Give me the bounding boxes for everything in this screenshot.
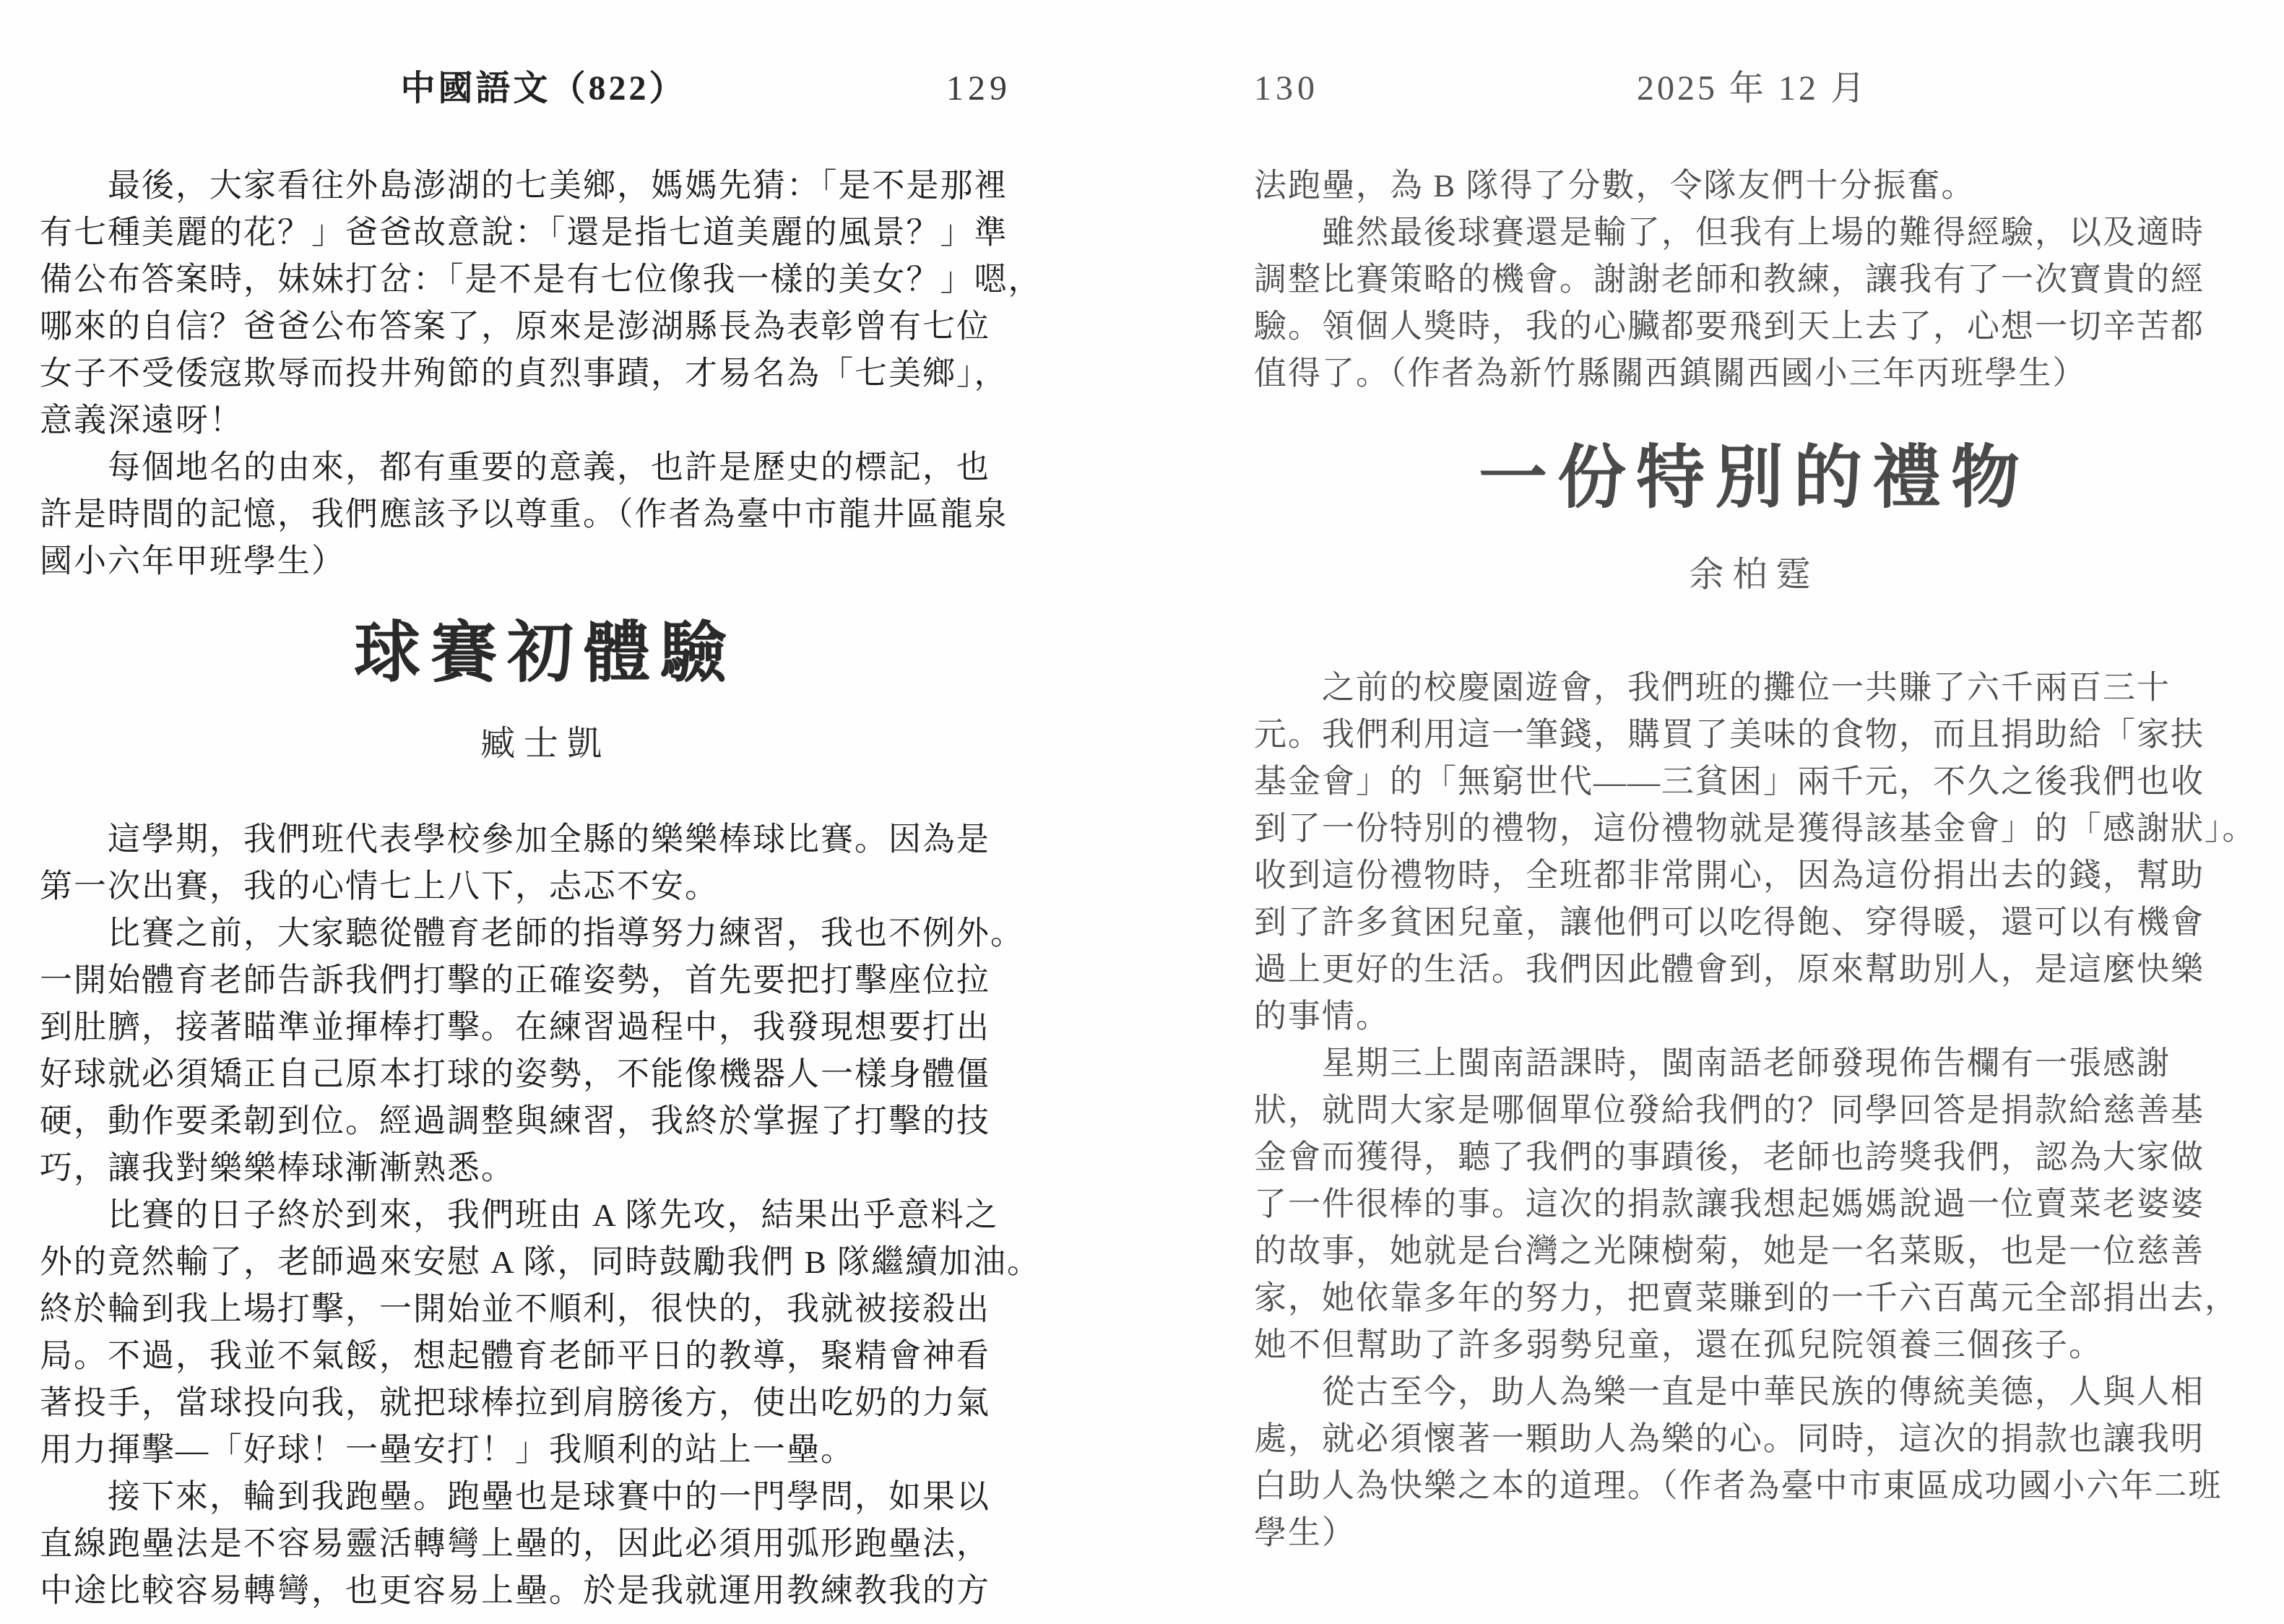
text-line: 每個地名的由來，都有重要的意義，也許是歷史的標記，也 — [40, 444, 1051, 491]
text-line: 收到這份禮物時，全班都非常開心，因為這份捐出去的錢，幫助 — [1254, 852, 2254, 899]
text-line: 女子不受倭寇欺辱而投井殉節的貞烈事蹟，才易名為「七美鄉」， — [40, 350, 1051, 397]
text-line: 到了一份特別的禮物，這份禮物就是獲得該基金會」的「感謝狀」。 — [1254, 805, 2254, 852]
text-line: 外的竟然輸了，老師過來安慰 A 隊，同時鼓勵我們 B 隊繼續加油。 — [40, 1239, 1051, 1286]
text-line: 比賽之前，大家聽從體育老師的指導努力練習，我也不例外。 — [40, 910, 1051, 957]
text-line: 哪來的自信？爸爸公布答案了，原來是澎湖縣長為表彰曾有七位 — [40, 303, 1051, 350]
article-author: 余柏霆 — [1254, 548, 2254, 602]
text-line: 雖然最後球賽還是輸了，但我有上場的難得經驗，以及適時 — [1254, 210, 2254, 256]
text-line: 金會而獲得，聽了我們的事蹟後，老師也誇獎我們，認為大家做 — [1254, 1134, 2254, 1181]
text-line: 過上更好的生活。我們因此體會到，原來幫助別人，是這麼快樂 — [1254, 946, 2254, 993]
issue-date: 2025 年 12 月 — [1637, 69, 1868, 108]
text-line: 備公布答案時，妹妹打岔：「是不是有七位像我一樣的美女？」嗯， — [40, 256, 1051, 303]
page-number-left: 129 — [946, 64, 1011, 114]
text-line: 直線跑壘法是不容易靈活轉彎上壘的，因此必須用弧形跑壘法， — [40, 1521, 1051, 1568]
page-right: 130 2025 年 12 月 法跑壘，為 B 隊得了分數，令隊友們十分振奮。 … — [1142, 0, 2284, 1624]
journal-title: 中國語文（822） — [400, 69, 686, 108]
text-line: 元。我們利用這一筆錢，購買了美味的食物，而且捐助給「家扶 — [1254, 712, 2254, 759]
text-line: 的故事，她就是台灣之光陳樹菊，她是一名菜販，也是一位慈善 — [1254, 1228, 2254, 1275]
left-text-column: 最後，大家看往外島澎湖的七美鄉，媽媽先猜：「是不是那裡有七種美麗的花？」爸爸故意… — [40, 163, 1051, 1615]
text-line: 到肚臍，接著瞄準並揮棒打擊。在練習過程中，我發現想要打出 — [40, 1004, 1051, 1051]
text-line: 學生） — [1254, 1510, 2254, 1557]
text-line: 了一件很棒的事。這次的捐款讓我想起媽媽說過一位賣菜老婆婆 — [1254, 1181, 2254, 1228]
text-line: 之前的校慶園遊會，我們班的攤位一共賺了六千兩百三十 — [1254, 665, 2254, 712]
text-line: 驗。領個人獎時，我的心臟都要飛到天上去了，心想一切辛苦都 — [1254, 303, 2254, 350]
text-line: 用力揮擊—「好球！一壘安打！」我順利的站上一壘。 — [40, 1427, 1051, 1474]
article-title: 一份特別的禮物 — [1254, 430, 2254, 527]
text-line: 比賽的日子終於到來，我們班由 A 隊先攻，結果出乎意料之 — [40, 1192, 1051, 1239]
text-line: 處，就必須懷著一顆助人為樂的心。同時，這次的捐款也讓我明 — [1254, 1416, 2254, 1463]
text-line: 的事情。 — [1254, 993, 2254, 1040]
text-line: 許是時間的記憶，我們應該予以尊重。（作者為臺中市龍井區龍泉 — [40, 491, 1051, 538]
text-line: 最後，大家看往外島澎湖的七美鄉，媽媽先猜：「是不是那裡 — [40, 163, 1051, 210]
text-line: 從古至今，助人為樂一直是中華民族的傳統美德，人與人相 — [1254, 1369, 2254, 1416]
article-title: 球賽初體驗 — [40, 605, 1051, 701]
text-line: 家，她依靠多年的努力，把賣菜賺到的一千六百萬元全部捐出去， — [1254, 1275, 2254, 1322]
text-line: 到了許多貧困兒童，讓他們可以吃得飽、穿得暖，還可以有機會 — [1254, 899, 2254, 946]
text-line: 接下來，輪到我跑壘。跑壘也是球賽中的一門學問，如果以 — [40, 1474, 1051, 1521]
text-line: 中途比較容易轉彎，也更容易上壘。於是我就運用教練教我的方 — [40, 1568, 1051, 1615]
text-line: 好球就必須矯正自己原本打球的姿勢，不能像機器人一樣身體僵 — [40, 1051, 1051, 1098]
text-line: 第一次出賽，我的心情七上八下，忐忑不安。 — [40, 863, 1051, 910]
text-line: 國小六年甲班學生） — [40, 538, 1051, 585]
text-line: 硬，動作要柔韌到位。經過調整與練習，我終於掌握了打擊的技 — [40, 1098, 1051, 1145]
scanned-journal-spread: 中國語文（822） 129 最後，大家看往外島澎湖的七美鄉，媽媽先猜：「是不是那… — [0, 0, 2284, 1624]
article-author: 臧士凱 — [40, 717, 1051, 772]
text-line: 她不但幫助了許多弱勢兒童，還在孤兒院領養三個孩子。 — [1254, 1322, 2254, 1369]
text-line: 這學期，我們班代表學校參加全縣的樂樂棒球比賽。因為是 — [40, 816, 1051, 863]
text-line: 意義深遠呀！ — [40, 397, 1051, 444]
right-page-header: 130 2025 年 12 月 — [1254, 64, 2251, 114]
text-line: 調整比賽策略的機會。謝謝老師和教練，讓我有了一次寶貴的經 — [1254, 256, 2254, 303]
text-line: 巧，讓我對樂樂棒球漸漸熟悉。 — [40, 1145, 1051, 1192]
right-text-column: 法跑壘，為 B 隊得了分數，令隊友們十分振奮。 雖然最後球賽還是輸了，但我有上場… — [1254, 163, 2254, 1557]
text-line: 法跑壘，為 B 隊得了分數，令隊友們十分振奮。 — [1254, 163, 2254, 210]
text-line: 值得了。（作者為新竹縣關西鎮關西國小三年丙班學生） — [1254, 350, 2254, 397]
page-left: 中國語文（822） 129 最後，大家看往外島澎湖的七美鄉，媽媽先猜：「是不是那… — [0, 0, 1142, 1624]
text-line: 終於輪到我上場打擊，一開始並不順利，很快的，我就被接殺出 — [40, 1286, 1051, 1333]
text-line: 白助人為快樂之本的道理。（作者為臺中市東區成功國小六年二班 — [1254, 1463, 2254, 1510]
text-line: 局。不過，我並不氣餒，想起體育老師平日的教導，聚精會神看 — [40, 1333, 1051, 1380]
left-page-header: 中國語文（822） 129 — [40, 64, 1047, 114]
text-line: 基金會」的「無窮世代——三貧困」兩千元，不久之後我們也收 — [1254, 759, 2254, 805]
text-line: 星期三上閩南語課時，閩南語老師發現佈告欄有一張感謝 — [1254, 1040, 2254, 1087]
text-line: 著投手，當球投向我，就把球棒拉到肩膀後方，使出吃奶的力氣 — [40, 1380, 1051, 1427]
text-line: 一開始體育老師告訴我們打擊的正確姿勢，首先要把打擊座位拉 — [40, 957, 1051, 1004]
text-line: 狀，就問大家是哪個單位發給我們的？同學回答是捐款給慈善基 — [1254, 1087, 2254, 1134]
page-number-right: 130 — [1254, 64, 1319, 114]
text-line: 有七種美麗的花？」爸爸故意說：「還是指七道美麗的風景？」準 — [40, 210, 1051, 256]
